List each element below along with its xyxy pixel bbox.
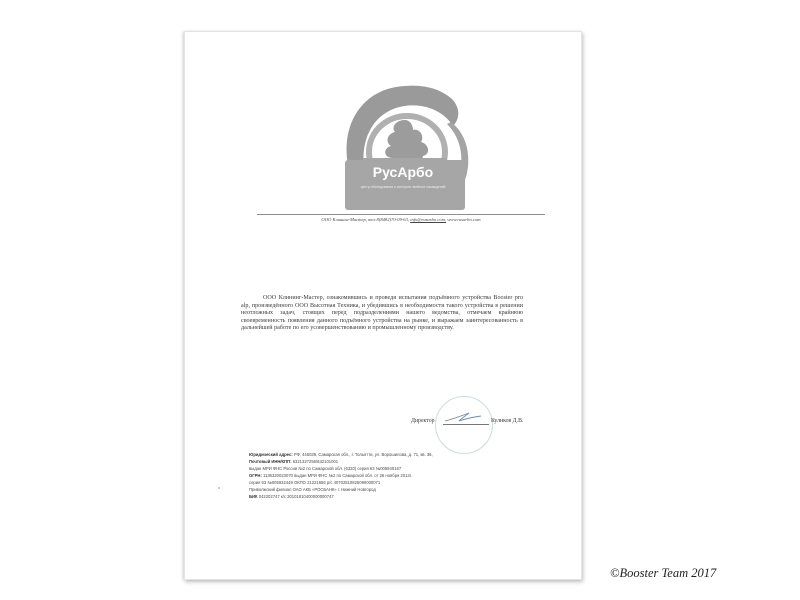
brand-name: РусАрбо <box>345 164 461 180</box>
requisite-line: Юридический адрес: РФ, 445039, Самарская… <box>249 451 549 458</box>
company-requisites: Юридический адрес: РФ, 445039, Самарская… <box>249 451 549 500</box>
header-divider <box>257 214 545 215</box>
header-contact: ООО Клининг-Мастер, тел.8(8482)70-09-63,… <box>257 217 545 222</box>
contact-company: ООО Клининг-Мастер, тел.8(8482)70-09-63, <box>321 217 409 222</box>
requisite-line: Приволжский филиал ОАО АКБ «РОСБАНК» г. … <box>249 486 549 493</box>
requisite-line: серия 63 №005932449 ОКПО 21221656 р/с 40… <box>249 479 549 486</box>
signature-block: Директор Куликов Д.В. <box>409 418 549 438</box>
contact-email: info@rusarbo.com, <box>410 217 446 222</box>
body-paragraph: ООО Клининг-Мастер, ознакомившись и пров… <box>241 295 523 333</box>
contact-website: www.rusarbo.com <box>447 217 480 222</box>
requisite-line: Почтовый ИНН/КПП: 6321327256/632101001 <box>249 458 549 465</box>
scan-speck <box>218 487 220 489</box>
requisite-line: выдан МРИ ФНС России №2 по Самарской обл… <box>249 465 549 472</box>
requisite-line: БИК 042202747 к/с 30101810400000000747 <box>249 493 549 500</box>
signature-line <box>443 424 489 425</box>
rusarbo-logo-icon <box>335 80 475 222</box>
scanned-letter-page: РусАрбо центр обследования и контроля зе… <box>184 31 582 580</box>
signatory-name: Куликов Д.В. <box>491 418 523 424</box>
requisite-line: ОГРН: 1136320023070 выдан МРИ ФНС №2 по … <box>249 472 549 479</box>
signatory-position: Директор <box>411 418 435 424</box>
copyright-notice: ©Booster Team 2017 <box>610 566 716 581</box>
brand-tagline: центр обследования и контроля зелёных на… <box>341 185 465 189</box>
letter-body: ООО Клининг-Мастер, ознакомившись и пров… <box>241 295 523 333</box>
